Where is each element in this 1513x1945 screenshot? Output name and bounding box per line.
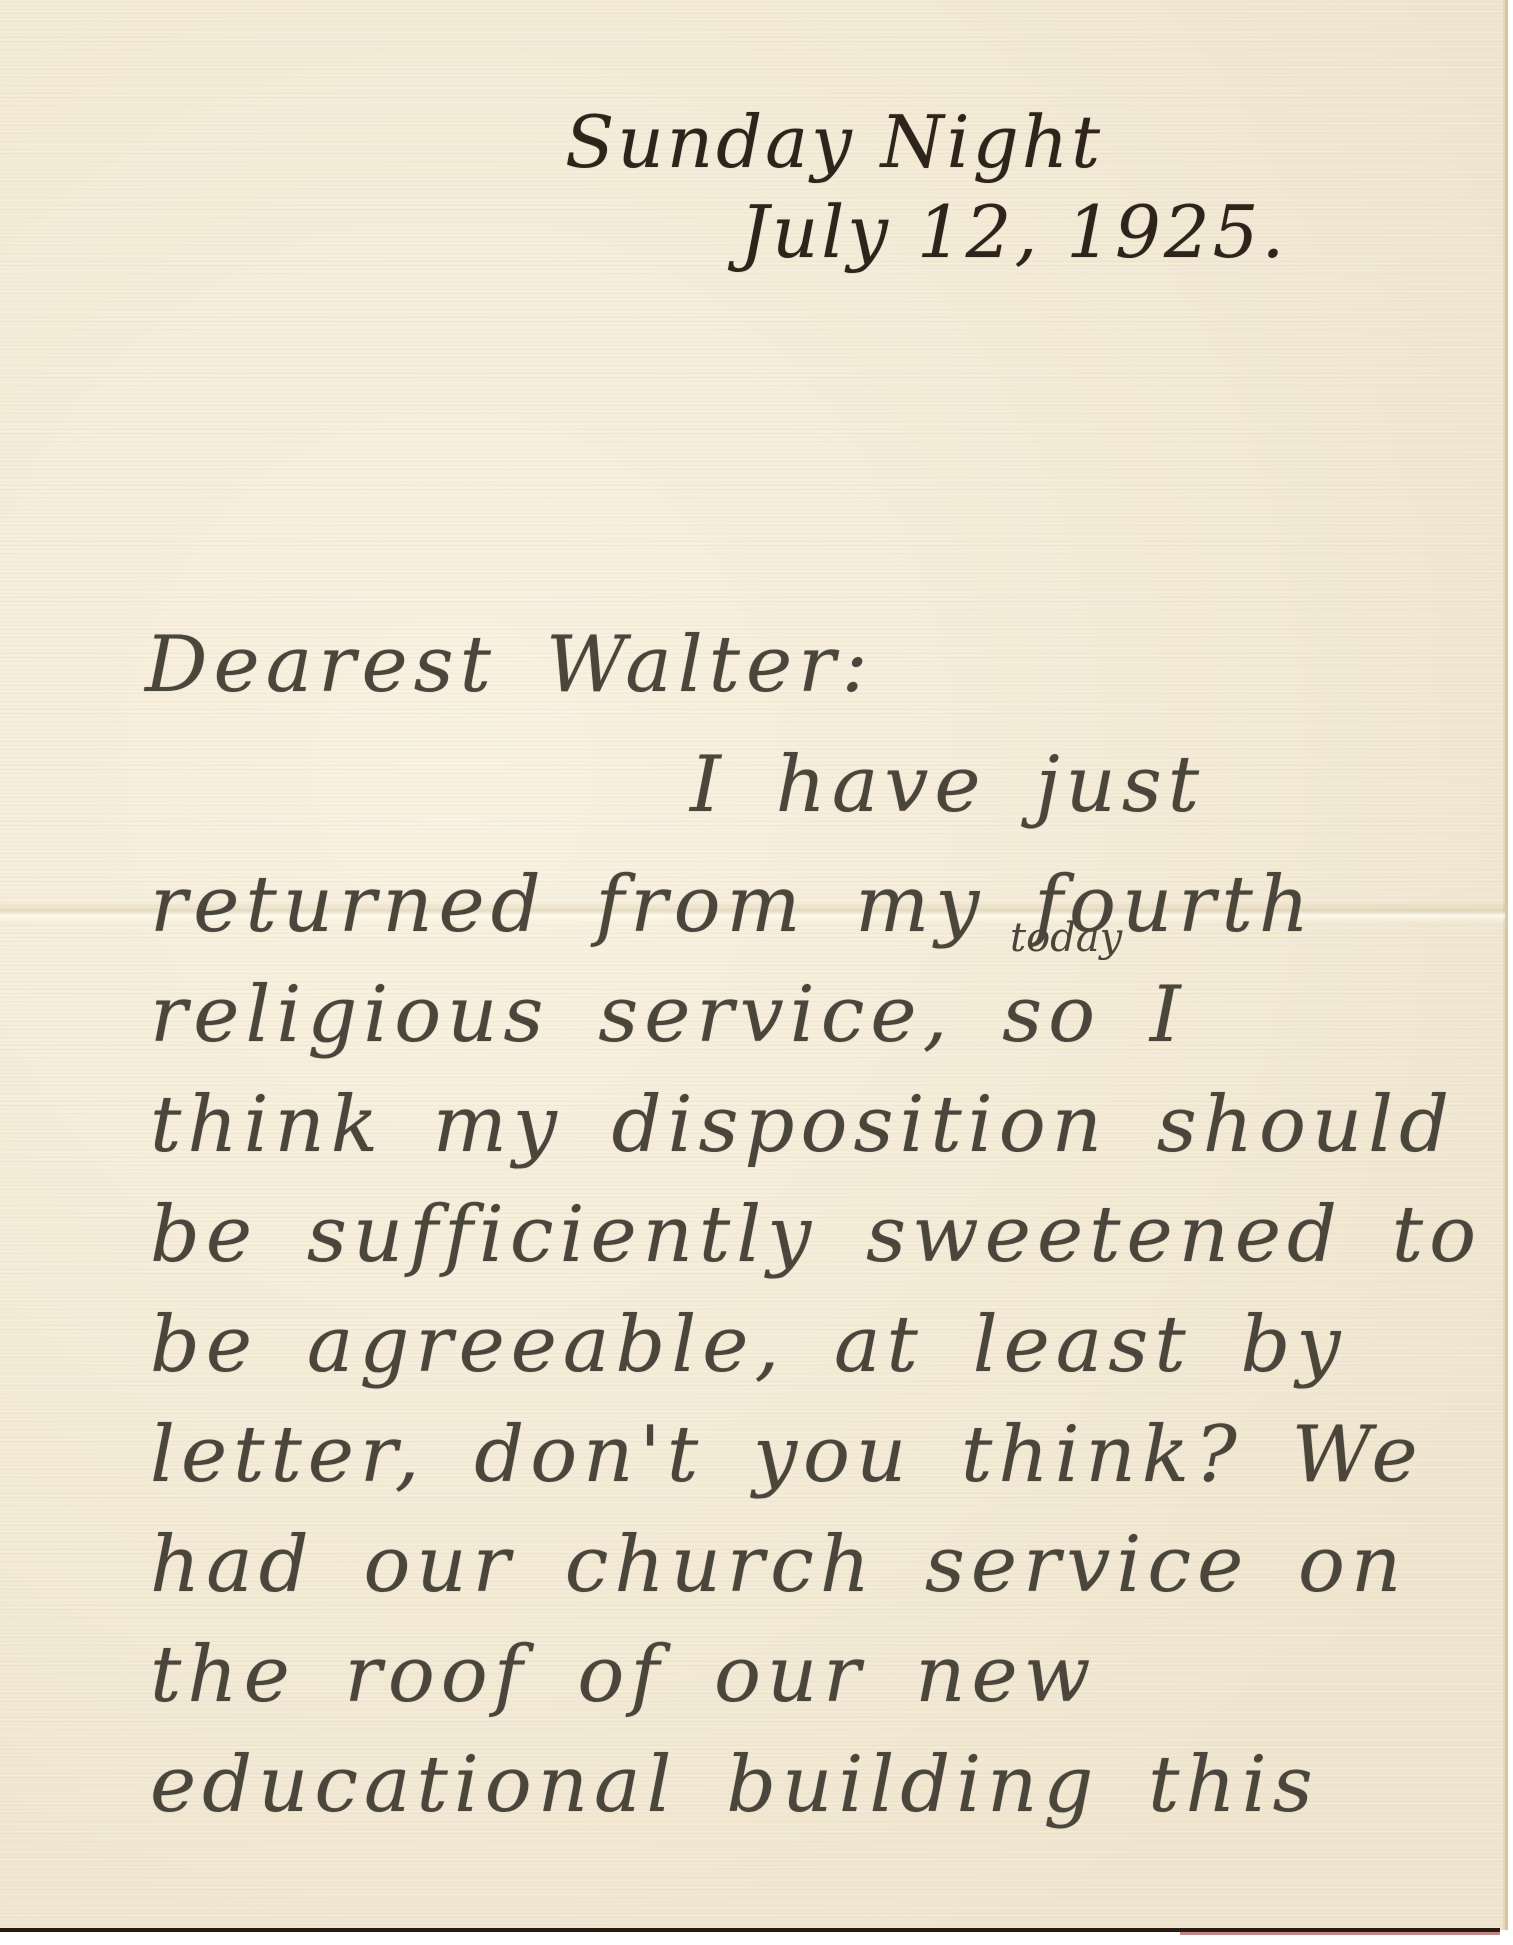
body-line-5: be sufficiently sweetened to: [150, 1190, 1482, 1280]
body-line-6: be agreeable, at least by: [150, 1300, 1346, 1390]
body-line-1: I have just: [690, 740, 1205, 830]
salutation: Dearest Walter:: [145, 620, 874, 710]
body-line-7: letter, don't you think? We: [150, 1410, 1424, 1500]
heading-date: July 12, 1925.: [740, 190, 1287, 274]
body-line-2: returned from my fourth: [150, 860, 1315, 950]
body-line-4: think my disposition should: [150, 1080, 1455, 1170]
heading-day: Sunday Night: [565, 100, 1103, 184]
body-line-10: educational building this: [150, 1740, 1319, 1830]
body-line-8: had our church service on: [150, 1520, 1407, 1610]
letter-page: Sunday Night July 12, 1925. Dearest Walt…: [0, 0, 1508, 1930]
underlying-page-edge: [1180, 1932, 1500, 1935]
interlinear-insert: today: [1010, 915, 1122, 961]
body-line-3: religious service, so I: [150, 970, 1187, 1060]
body-line-9: the roof of our new: [150, 1630, 1096, 1720]
